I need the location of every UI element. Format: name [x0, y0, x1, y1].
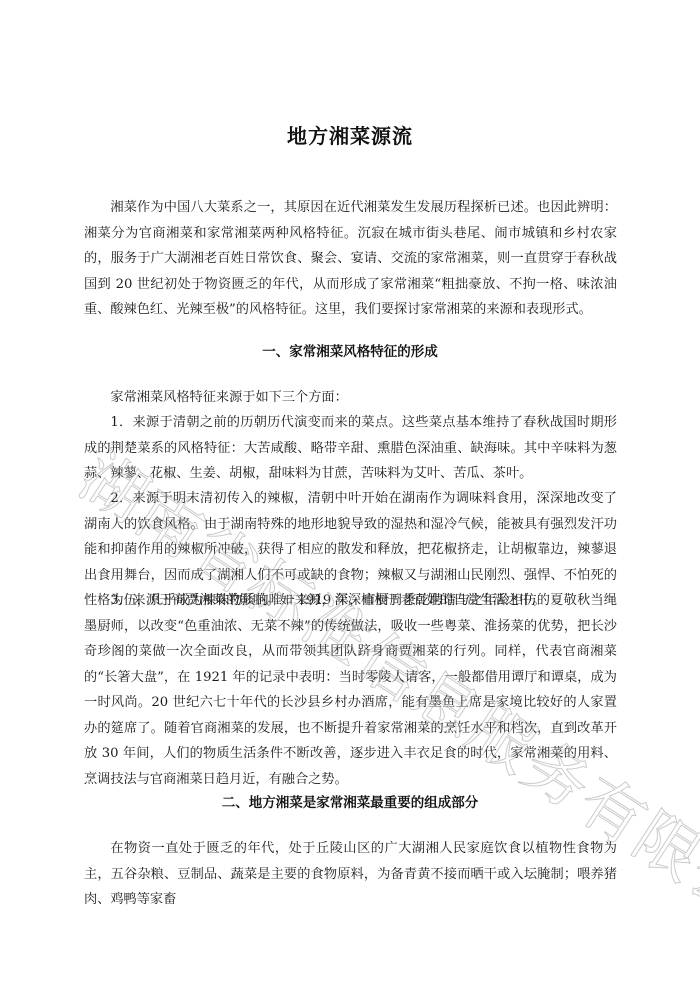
section-1-item-3: 3．来源于商贾湘菜的影响。如 1919 年，市厨周秉乾聘请与之年龄相仿的夏敬秋当…: [84, 588, 617, 792]
section-1-item-1: 1．来源于清朝之前的历朝历代演变而来的菜点。这些菜点基本维持了春秋战国时期形成的…: [84, 410, 617, 487]
section-2-paragraph: 在物资一直处于匮乏的年代，处于丘陵山区的广大湖湘人民家庭饮食以植物性食物为主，五…: [84, 836, 617, 913]
intro-paragraph: 湘菜作为中国八大菜系之一，其原因在近代湘菜发生发展历程探析已述。也因此辨明：湘菜…: [84, 195, 617, 323]
section-2-heading: 二、地方湘菜是家常湘菜最重要的组成部分: [0, 791, 700, 811]
section-1-lead: 家常湘菜风格特征来源于如下三个方面：: [84, 385, 617, 411]
document-page: 地方湘菜源流 湘菜作为中国八大菜系之一，其原因在近代湘菜发生发展历程探析已述。也…: [0, 0, 700, 991]
section-1-heading: 一、家常湘菜风格特征的形成: [0, 340, 700, 360]
page-title: 地方湘菜源流: [0, 120, 700, 149]
